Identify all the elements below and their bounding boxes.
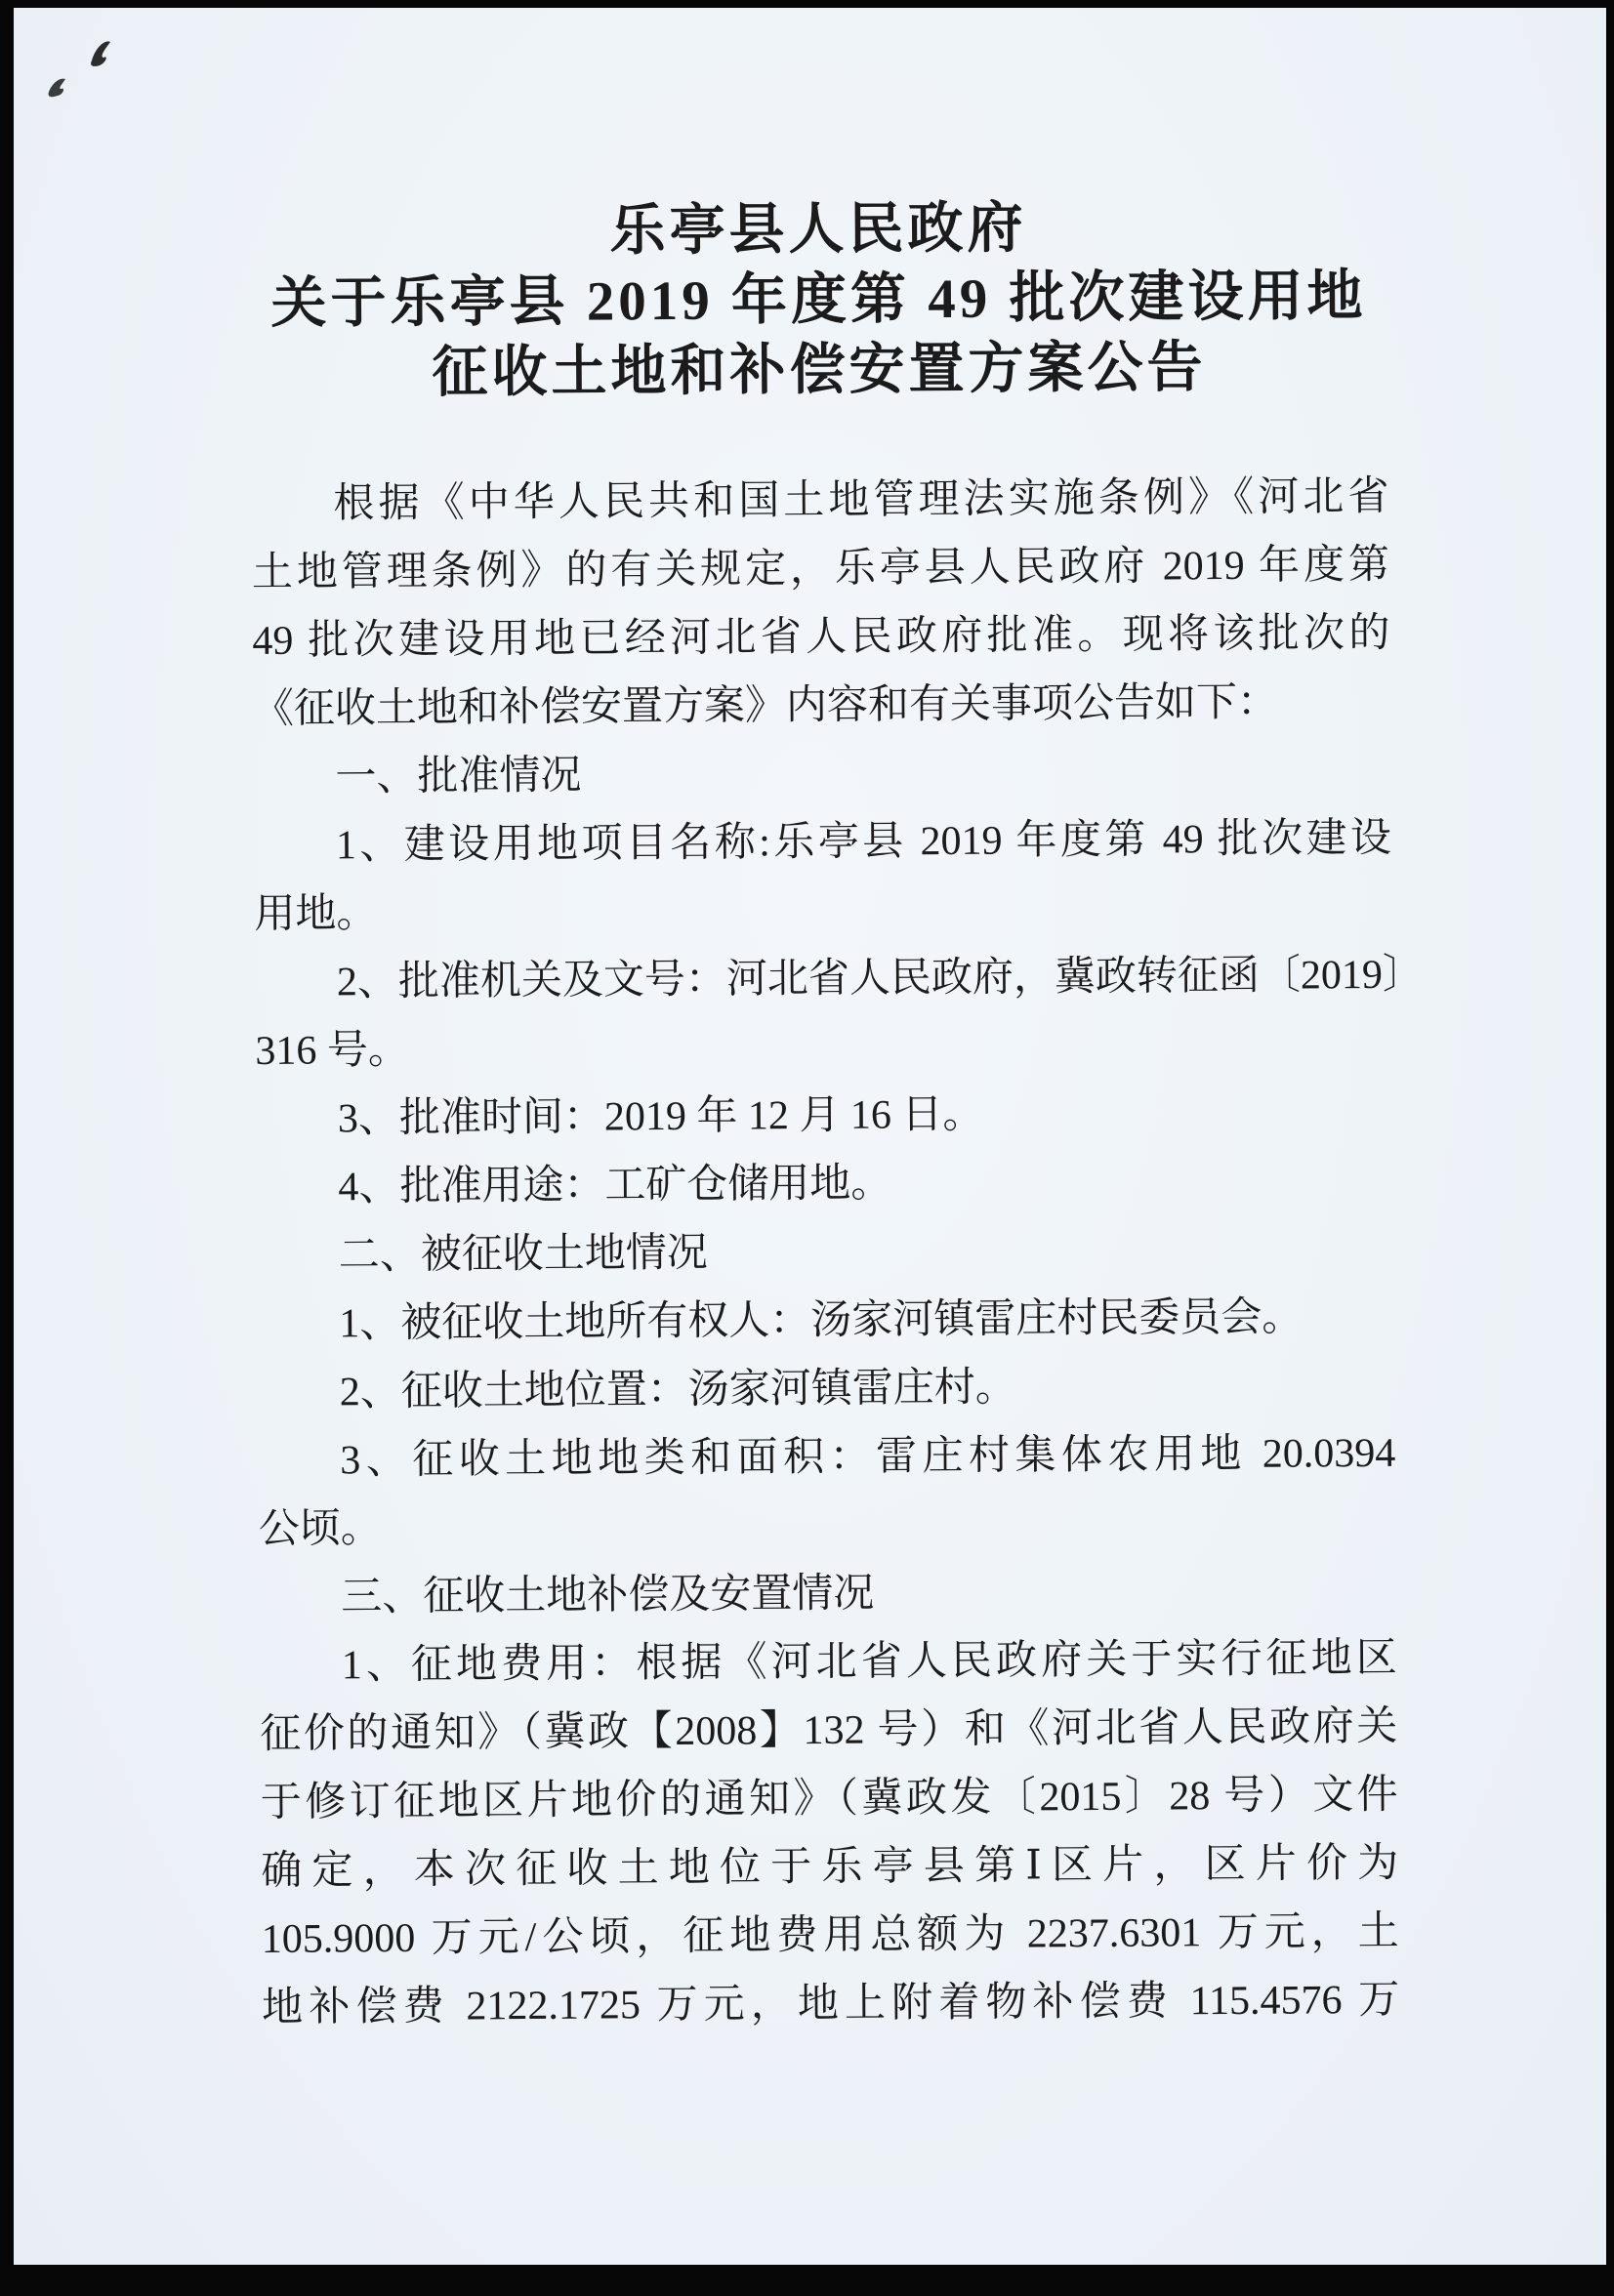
document-line: 105.9000 万元/公顷，征地费用总额为 2237.6301 万元，土 bbox=[261, 1898, 1398, 1974]
document-line: 4、批准用途：工矿仓储用地。 bbox=[256, 1146, 1393, 1222]
document-line: 3、征收土地地类和面积：雷庄村集体农用地 20.0394 bbox=[258, 1419, 1395, 1496]
document-line: 2、征收土地位置：汤家河镇雷庄村。 bbox=[258, 1351, 1395, 1427]
document-line: 根据《中华人民共和国土地管理法实施条例》《河北省 bbox=[251, 463, 1388, 539]
document-line: 于修订征地区片地价的通知》（冀政发〔2015〕28 号）文件 bbox=[261, 1761, 1398, 1837]
document-line: 1、征地费用：根据《河北省人民政府关于实行征地区 bbox=[260, 1624, 1397, 1701]
document-title-line: 乐亭县人民政府 bbox=[249, 191, 1386, 269]
document-line: 确定，本次征收土地位于乐亭县第Ⅰ区片，区片价为 bbox=[261, 1829, 1398, 1906]
document-line: 二、被征收土地情况 bbox=[257, 1214, 1394, 1291]
document-line: 1、被征收土地所有权人：汤家河镇雷庄村民委员会。 bbox=[257, 1283, 1394, 1359]
document-content: 乐亭县人民政府 关于乐亭县 2019 年度第 49 批次建设用地 征收土地和补偿… bbox=[6, 2, 1614, 2270]
document-title-line: 关于乐亭县 2019 年度第 49 批次建设用地 bbox=[250, 262, 1387, 340]
document-line: 征价的通知》（冀政【2008】132 号）和《河北省人民政府关 bbox=[260, 1693, 1397, 1769]
document-title: 乐亭县人民政府 关于乐亭县 2019 年度第 49 批次建设用地 征收土地和补偿… bbox=[249, 191, 1387, 410]
document-line: 1、建设用地项目名称:乐亭县 2019 年度第 49 批次建设 bbox=[254, 804, 1391, 881]
document-line: 2、批准机关及文号：河北省人民政府，冀政转征函〔2019〕 bbox=[255, 941, 1392, 1017]
paper: 乐亭县人民政府 关于乐亭县 2019 年度第 49 批次建设用地 征收土地和补偿… bbox=[14, 8, 1606, 2265]
document-line: 《征收土地和补偿安置方案》内容和有关事项公告如下： bbox=[253, 668, 1390, 744]
document-line: 土地管理条例》的有关规定，乐亭县人民政府 2019 年度第 bbox=[252, 531, 1389, 607]
document-body: 根据《中华人民共和国土地管理法实施条例》《河北省土地管理条例》的有关规定，乐亭县… bbox=[251, 463, 1399, 2042]
document-line: 三、征收土地补偿及安置情况 bbox=[259, 1556, 1396, 1632]
document-line: 49 批次建设用地已经河北省人民政府批准。现将该批次的 bbox=[252, 599, 1389, 676]
document-line: 公顷。 bbox=[259, 1488, 1396, 1564]
document-line: 用地。 bbox=[254, 873, 1391, 949]
document-line: 地补偿费 2122.1725 万元，地上附着物补偿费 115.4576 万 bbox=[262, 1966, 1399, 2042]
document-line: 3、批准时间：2019 年 12 月 16 日。 bbox=[256, 1078, 1393, 1154]
scanned-page: 乐亭县人民政府 关于乐亭县 2019 年度第 49 批次建设用地 征收土地和补偿… bbox=[0, 0, 1614, 2296]
document-line: 316 号。 bbox=[255, 1009, 1392, 1086]
document-title-line: 征收土地和补偿安置方案公告 bbox=[250, 332, 1387, 410]
document-line: 一、批准情况 bbox=[253, 736, 1390, 812]
